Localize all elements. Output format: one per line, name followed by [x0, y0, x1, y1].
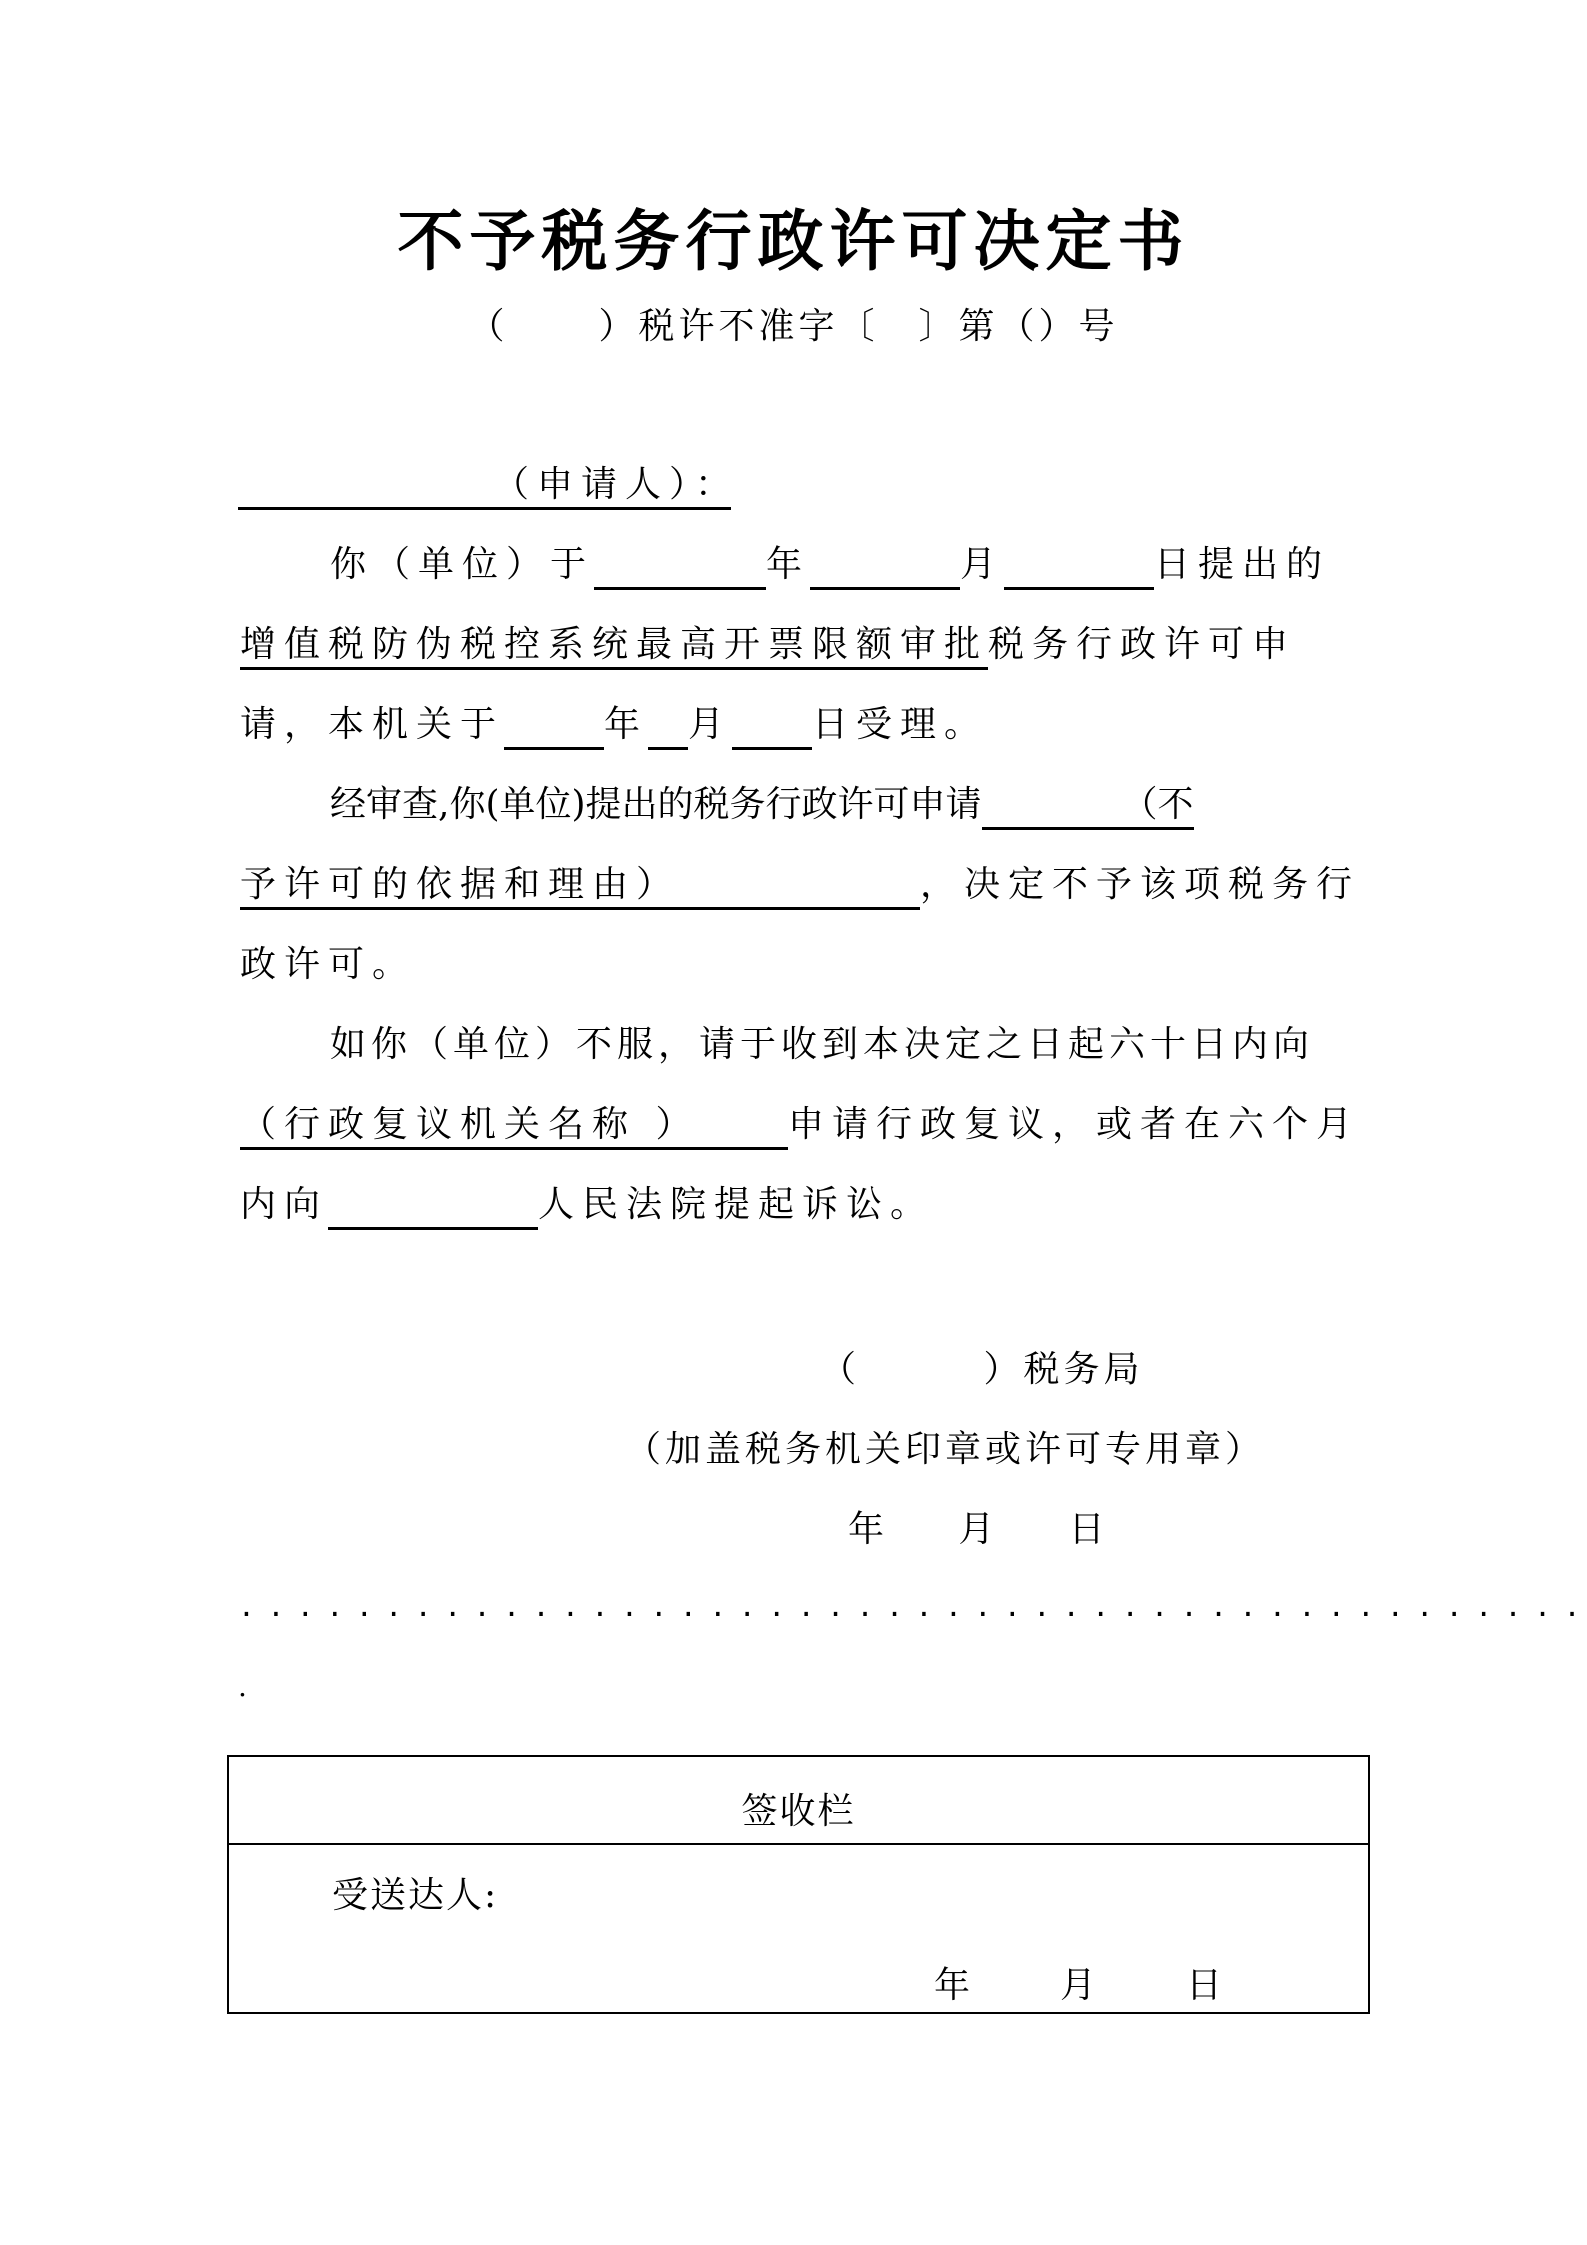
receipt-box-header: 签收栏	[229, 1757, 1368, 1845]
paragraph-1-line-3: 请，本机关于年月日受理。	[240, 700, 988, 750]
issue-date: 年 月 日	[848, 1505, 1115, 1555]
recipient-label: 受送达人:	[332, 1867, 498, 1918]
receipt-date-year: 年	[934, 1957, 970, 2008]
cut-line-trailing-dot: .	[238, 1670, 247, 1703]
p3-line2-suffix: 申请行政复议，或者在六个月	[788, 1104, 1360, 1145]
paragraph-1-line-1: 你（单位）于年月日提出的	[330, 540, 1330, 590]
permit-item-name: 增值税防伪税控系统最高开票限额审批	[240, 623, 988, 670]
reason-field: 予许可的依据和理由）	[240, 863, 920, 910]
applicant-field: （申请人）：	[238, 463, 731, 510]
p1-line3-prefix: 请，本机关于	[240, 704, 504, 745]
p1-prefix: 你（单位）于	[330, 544, 594, 585]
receipt-date: 年月日	[934, 1957, 1222, 2008]
accept-day-blank	[732, 707, 812, 750]
doc-number-suffix: 〕第（）号	[919, 306, 1119, 347]
p1-suffix: 日提出的	[1154, 544, 1330, 585]
addressee-line: （申请人）：	[238, 460, 731, 510]
paragraph-1-line-2: 增值税防伪税控系统最高开票限额审批 税务行政许可申	[240, 620, 1296, 670]
p1-month-label: 月	[960, 544, 1004, 585]
doc-number-prefix: ）税许不准字〔	[598, 306, 878, 347]
court-name-blank	[328, 1187, 538, 1230]
submit-month-blank	[810, 547, 960, 590]
reason-field-start: （不	[982, 783, 1194, 830]
cut-line-separator: ........................................…	[238, 1590, 1587, 1623]
p2-prefix: 经审查,你(单位)提出的税务行政许可申请	[330, 784, 982, 825]
issuing-authority: （ ）税务局	[820, 1345, 1144, 1395]
accept-month-blank	[648, 707, 688, 750]
submit-day-blank	[1004, 547, 1154, 590]
receipt-date-month: 月	[1060, 1957, 1096, 2008]
accept-year-blank	[504, 707, 604, 750]
p3-line3-prefix: 内向	[240, 1184, 328, 1225]
doc-number-open-paren: （	[468, 306, 508, 347]
paragraph-3-line-2: （行政复议机关名称 ）申请行政复议，或者在六个月	[240, 1100, 1360, 1150]
p1-year-label: 年	[766, 544, 810, 585]
p1-line2-suffix: 税务行政许可申	[988, 624, 1296, 665]
p1-line3-month: 月	[688, 704, 732, 745]
document-title: 不予税务行政许可决定书	[0, 188, 1587, 283]
paragraph-3-line-3: 内向人民法院提起诉讼。	[240, 1180, 934, 1230]
submit-year-blank	[594, 547, 766, 590]
paragraph-2-line-1: 经审查,你(单位)提出的税务行政许可申请（不	[330, 780, 1194, 830]
review-authority-field: （行政复议机关名称 ）	[240, 1103, 788, 1150]
receipt-box: 签收栏 受送达人: 年月日	[227, 1755, 1370, 2014]
paragraph-3-line-1: 如你（单位）不服，请于收到本决定之日起六十日内向	[330, 1020, 1314, 1070]
p2-line2-suffix: ，决定不予该项税务行	[920, 864, 1360, 905]
paragraph-2-line-2: 予许可的依据和理由），决定不予该项税务行	[240, 860, 1360, 910]
p1-line3-year: 年	[604, 704, 648, 745]
paragraph-2-line-3: 政许可。	[240, 940, 416, 990]
receipt-date-day: 日	[1186, 1957, 1222, 2008]
document-number: （）税许不准字〔〕第（）号	[0, 298, 1587, 349]
p3-line3-suffix: 人民法院提起诉讼。	[538, 1184, 934, 1225]
p1-line3-suffix: 日受理。	[812, 704, 988, 745]
seal-note: （加盖税务机关印章或许可专用章）	[625, 1425, 1265, 1475]
